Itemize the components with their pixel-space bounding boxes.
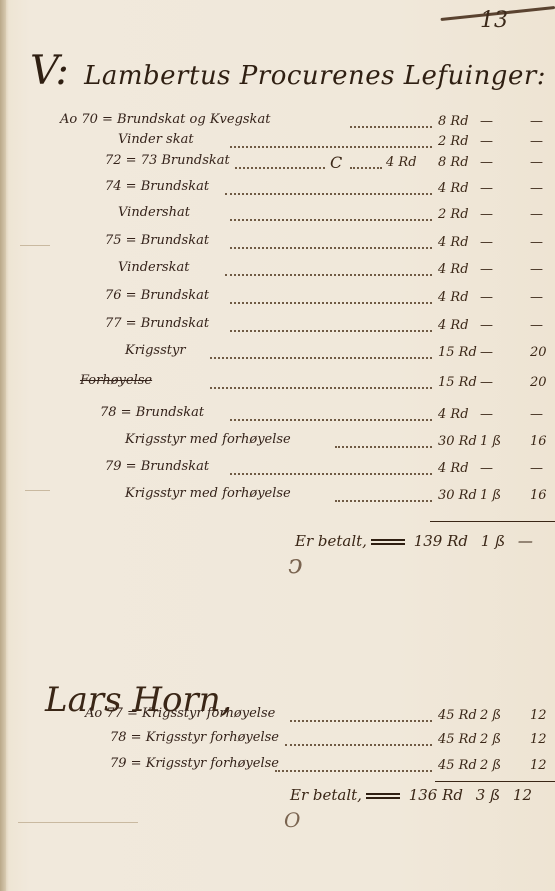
amount-mk: — [480,155,493,170]
dot-leader [275,770,432,772]
ledger-row: 75 = Brundskat 4 Rd — — [0,233,555,257]
amount-mk: — [480,181,493,196]
amount-rd: 45 Rd [438,732,477,747]
amount-rd: 4 Rd [438,290,469,305]
amount-sk: 12 [530,758,547,773]
amount-rd: 2 Rd [438,207,469,222]
amount-sk: 16 [530,488,547,503]
margin-mark [18,822,138,823]
row-label: Krigsstyr [125,343,186,358]
section1-total: Er betalt, 139 Rd 1 ß — [295,532,533,550]
row-label: 79 = Krigsstyr forhøyelse [110,756,279,771]
ledger-row: Krigsstyr med forhøyelse 30 Rd 1 ß 16 [0,432,555,456]
ledger-row: 74 = Brundskat 4 Rd — — [0,179,555,203]
row-label: Forhøyelse [80,373,152,388]
amount-rd: 4 Rd [438,407,469,422]
row-label: Vinder skat [118,132,194,147]
ledger-row: 77 = Brundskat 4 Rd — — [0,316,555,340]
amount-sk: — [530,134,543,149]
amount-sk: — [530,114,543,129]
amount-rd: 4 Rd [438,181,469,196]
ledger-row: Ao 77 = Krigsstyr forhøyelse 45 Rd 2 ß 1… [0,706,555,730]
heading-initial: V: [30,48,69,94]
dot-leader [225,274,432,276]
heading-text: Lambertus Procurenes Lefuinger: [84,61,546,91]
amount-mk: 2 ß [480,708,501,723]
dot-leader [335,446,432,448]
amount-rd: 45 Rd [438,758,477,773]
amount-sk: — [530,207,543,222]
dot-leader [210,357,432,359]
section-heading: V: Lambertus Procurenes Lefuinger: [30,48,546,94]
amount-mk: — [480,134,493,149]
dot-leader [350,126,432,128]
ledger-row: Vindershat 2 Rd — — [0,205,555,229]
sum-line [435,781,555,782]
ledger-row: 79 = Krigsstyr forhøyelse 45 Rd 2 ß 12 [0,756,555,780]
margin-marker: C [330,153,342,172]
total-mk: 3 ß [476,786,500,804]
amount-mk: — [480,318,493,333]
row-label: Vinderskat [118,260,189,275]
amount-sk: — [530,155,543,170]
double-rule [366,793,400,799]
section2-total: Er betalt, 136 Rd 3 ß 12 [290,786,532,804]
page-number: 13 [480,8,508,33]
amount-sk: — [530,407,543,422]
row-label: Ao 77 = Krigsstyr forhøyelse [85,706,275,721]
row-label: 72 = 73 Brundskat [105,153,230,168]
ledger-row: 78 = Krigsstyr forhøyelse 45 Rd 2 ß 12 [0,730,555,754]
row-label: Vindershat [118,205,190,220]
amount-sk: 20 [530,375,547,390]
amount-mk: — [480,114,493,129]
ledger-row: Krigsstyr med forhøyelse 30 Rd 1 ß 16 [0,486,555,510]
manuscript-page: 13 V: Lambertus Procurenes Lefuinger: Ao… [0,0,555,891]
total-sk: — [518,532,533,550]
amount-rd: 4 Rd [438,262,469,277]
ledger-row: 79 = Brundskat 4 Rd — — [0,459,555,483]
row-label: 78 = Brundskat [100,405,204,420]
dot-leader [230,219,432,221]
dot-leader [285,744,432,746]
dot-leader [230,473,432,475]
amount-mk: — [480,262,493,277]
amount-mk: 2 ß [480,732,501,747]
flourish-mark: O [284,808,300,832]
dot-leader [235,167,325,169]
amount-rd: 45 Rd [438,708,477,723]
total-sk: 12 [513,786,532,804]
dot-leader [230,146,432,148]
amount-sub: 4 Rd [386,155,417,170]
row-label: Krigsstyr med forhøyelse [125,486,291,501]
row-label: 74 = Brundskat [105,179,209,194]
dot-leader [225,193,432,195]
amount-mk: 2 ß [480,758,501,773]
amount-sk: 20 [530,345,547,360]
row-label: 77 = Brundskat [105,316,209,331]
amount-rd: 8 Rd [438,155,469,170]
amount-sk: — [530,235,543,250]
amount-mk: — [480,207,493,222]
dot-leader [230,419,432,421]
amount-sk: 12 [530,708,547,723]
ledger-row: Forhøyelse 15 Rd — 20 [0,373,555,397]
amount-rd: 15 Rd [438,345,477,360]
row-label: 75 = Brundskat [105,233,209,248]
dot-leader [290,720,432,722]
total-mk: 1 ß [481,532,505,550]
amount-mk: — [480,461,493,476]
amount-rd: 15 Rd [438,375,477,390]
amount-mk: 1 ß [480,488,501,503]
amount-rd: 4 Rd [438,318,469,333]
amount-sk: — [530,262,543,277]
row-label: Ao 70 = Brundskat og Kvegskat [60,112,270,127]
amount-rd: 4 Rd [438,461,469,476]
total-rd: 136 Rd [409,786,463,804]
row-label: 79 = Brundskat [105,459,209,474]
total-label: Er betalt, [295,532,367,550]
ledger-row: Krigsstyr 15 Rd — 20 [0,343,555,367]
dot-leader [230,247,432,249]
amount-sk: — [530,318,543,333]
amount-sk: 12 [530,732,547,747]
amount-rd: 8 Rd [438,114,469,129]
amount-rd: 30 Rd [438,434,477,449]
amount-sk: — [530,181,543,196]
total-rd: 139 Rd [414,532,468,550]
ledger-row: 76 = Brundskat 4 Rd — — [0,288,555,312]
amount-sk: — [530,461,543,476]
dot-leader [230,302,432,304]
amount-sk: 16 [530,434,547,449]
amount-mk: 1 ß [480,434,501,449]
dot-leader [210,387,432,389]
amount-mk: — [480,290,493,305]
dot-leader [335,500,432,502]
sum-line [430,521,555,522]
row-label: 76 = Brundskat [105,288,209,303]
ledger-row: 72 = 73 Brundskat C 4 Rd 8 Rd — — [0,153,555,177]
total-label: Er betalt, [290,786,362,804]
amount-rd: 30 Rd [438,488,477,503]
dot-leader [230,330,432,332]
flourish-mark: ↄ [288,550,303,580]
amount-mk: — [480,235,493,250]
amount-mk: — [480,375,493,390]
double-rule [371,539,405,545]
row-label: 78 = Krigsstyr forhøyelse [110,730,279,745]
amount-rd: 2 Rd [438,134,469,149]
ledger-row: Vinderskat 4 Rd — — [0,260,555,284]
row-label: Krigsstyr med forhøyelse [125,432,291,447]
dot-leader [350,167,382,169]
amount-rd: 4 Rd [438,235,469,250]
amount-sk: — [530,290,543,305]
amount-mk: — [480,407,493,422]
ledger-row: 78 = Brundskat 4 Rd — — [0,405,555,429]
amount-mk: — [480,345,493,360]
